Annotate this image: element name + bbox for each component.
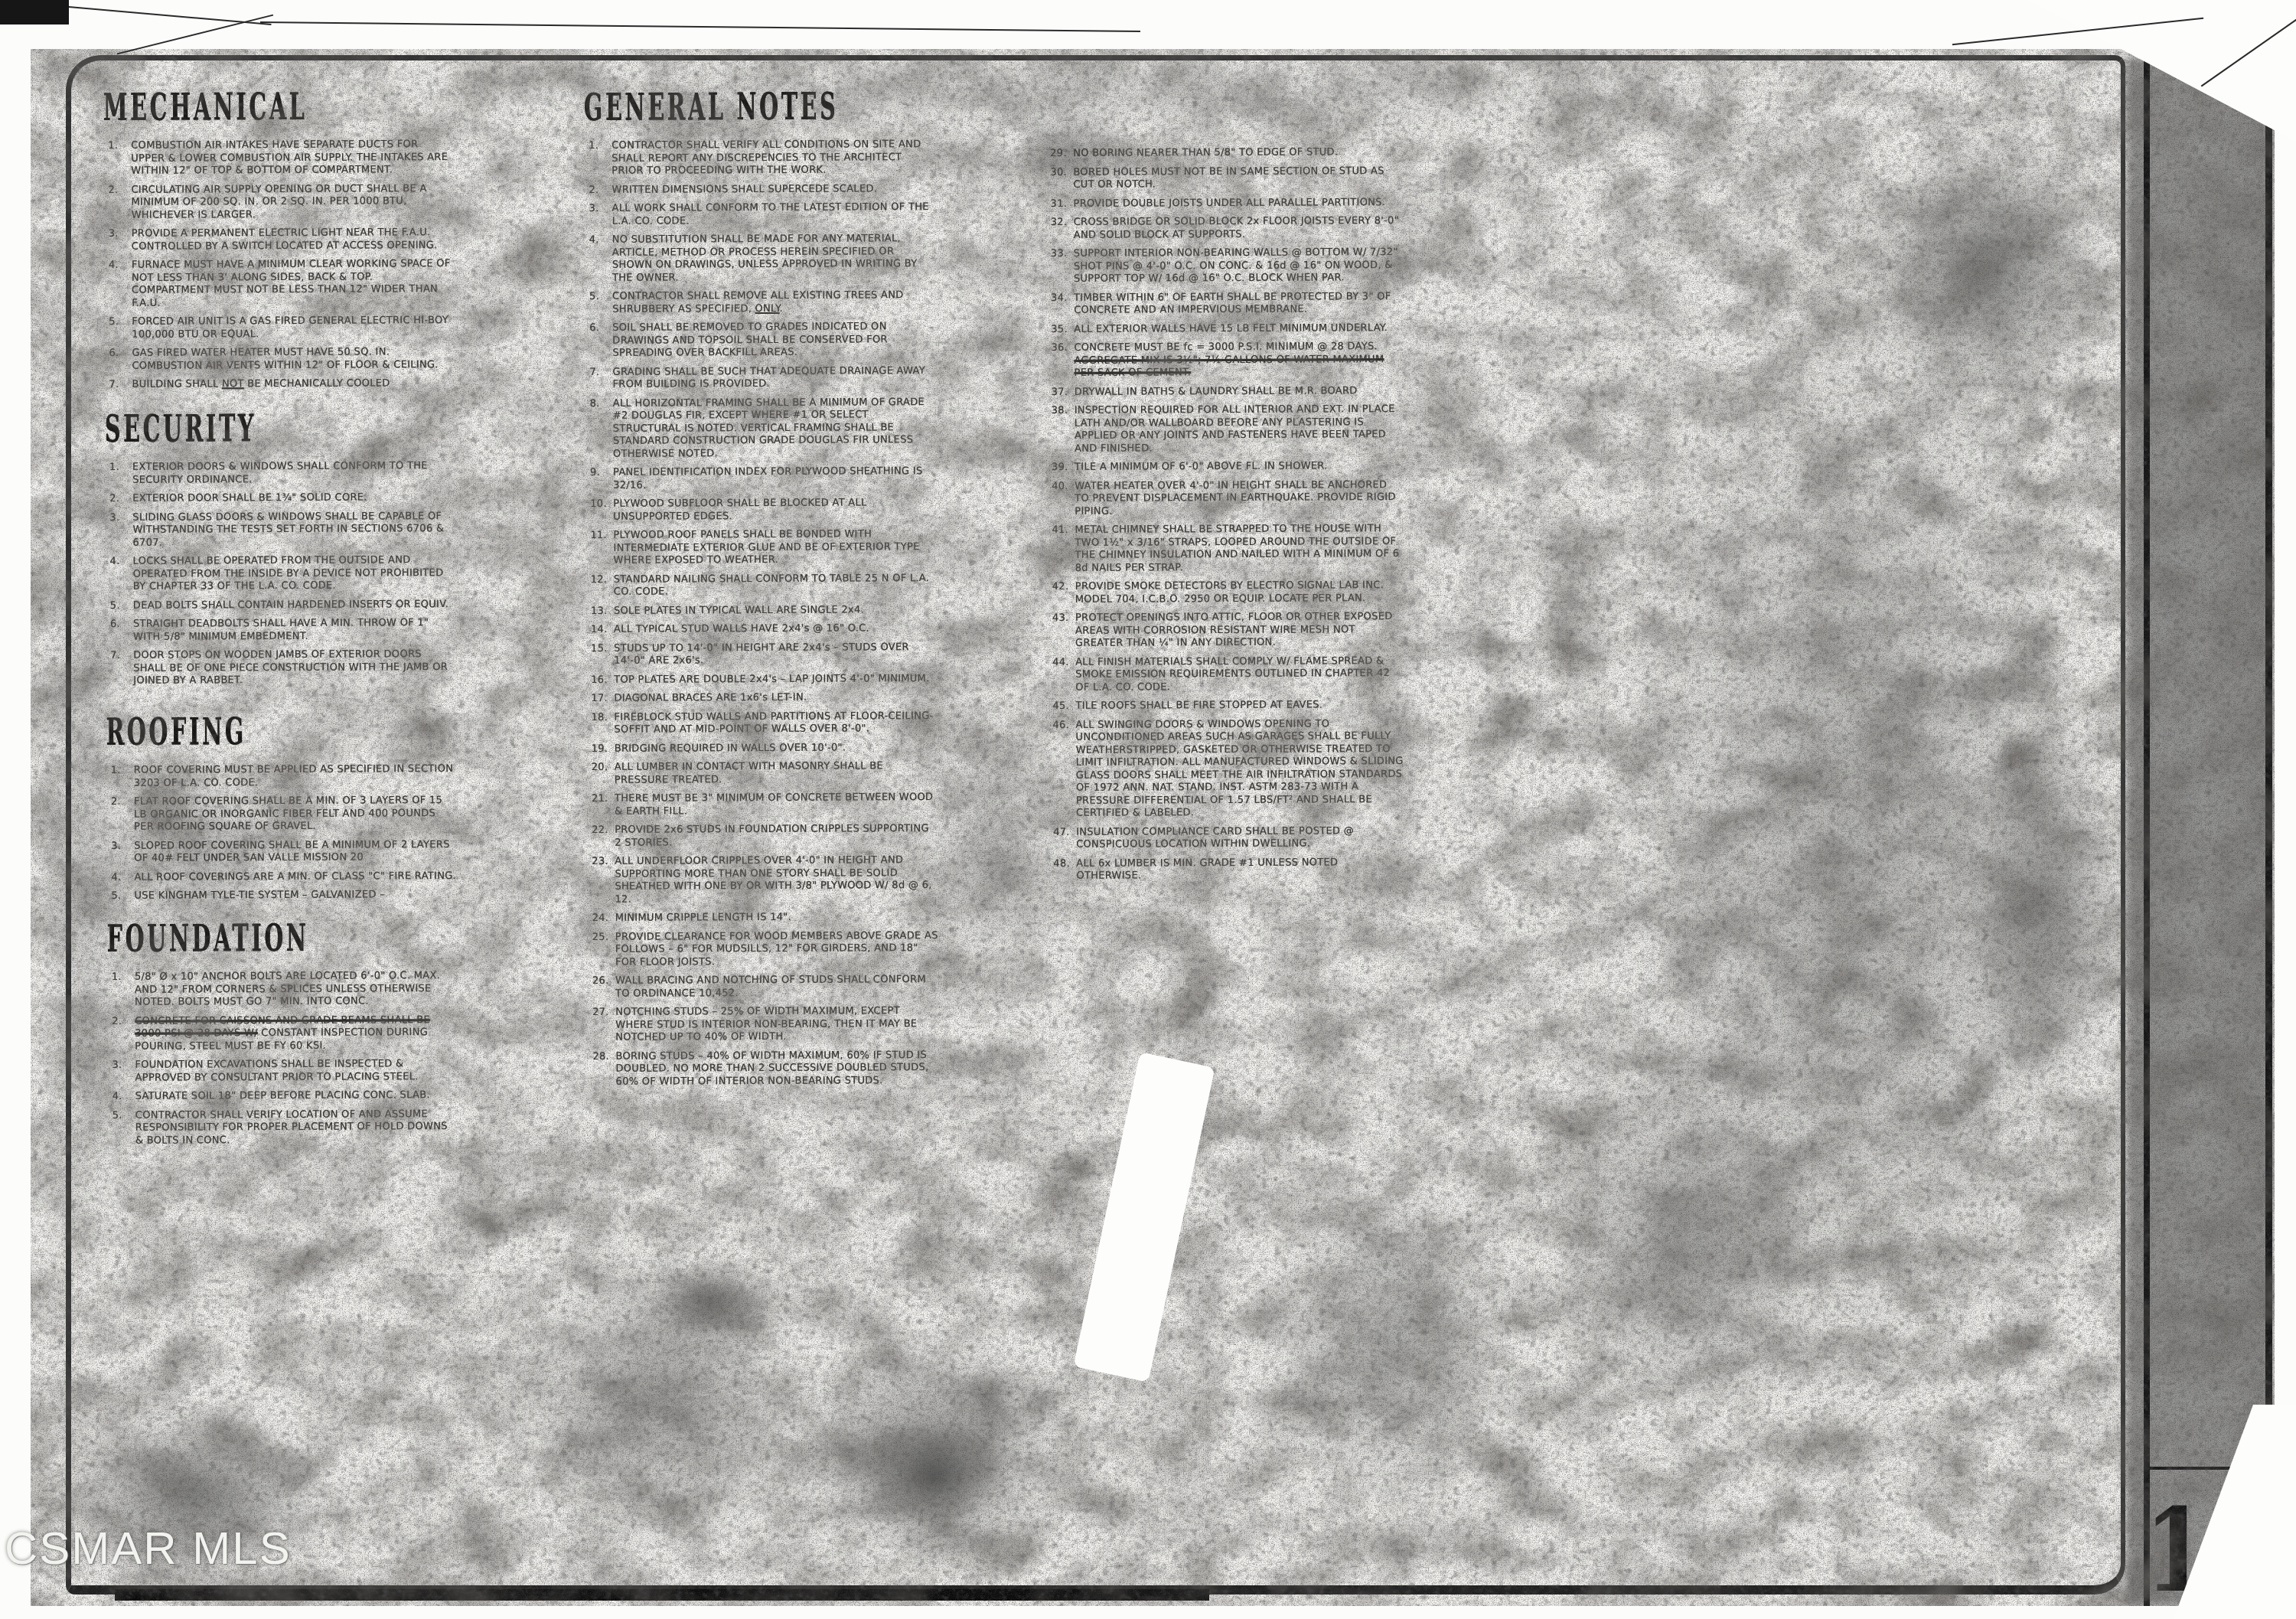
top-margin [0, 0, 2296, 49]
bottom-border-band [115, 1589, 1209, 1601]
watermark: CSMAR MLS [5, 1522, 292, 1575]
scratch-chip [0, 0, 69, 24]
title-block-line [2144, 57, 2150, 1611]
right-margin [2275, 0, 2296, 1619]
title-block-line [2265, 57, 2272, 1615]
scanned-plan-sheet: MECHANICAL1.COMBUSTION AIR INTAKES HAVE … [0, 0, 2296, 1619]
left-margin [0, 0, 31, 1619]
bottom-margin [0, 1606, 2296, 1619]
